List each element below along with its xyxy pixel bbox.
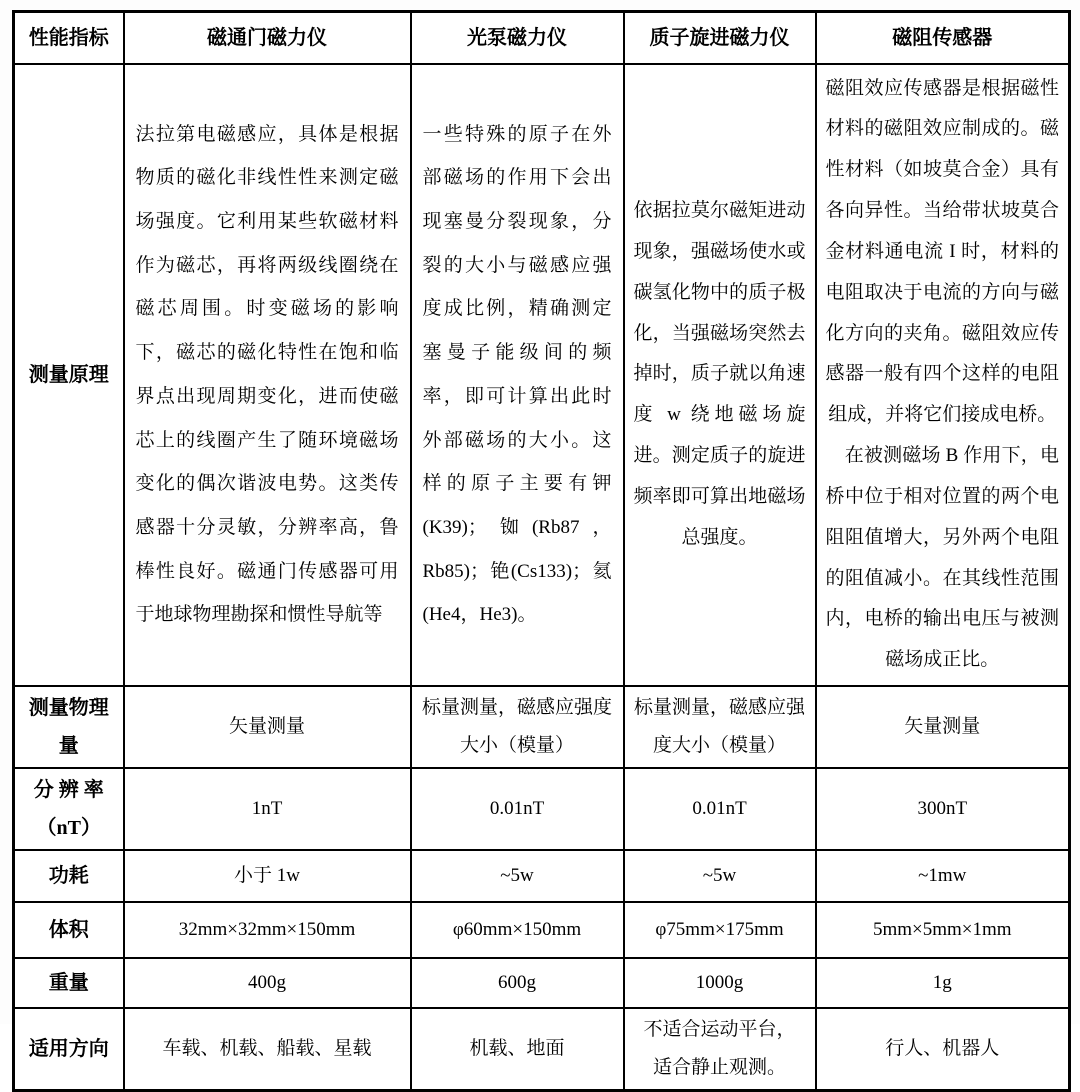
cell-principle-optical: 一些特殊的原子在外部磁场的作用下会出现塞曼分裂现象，分裂的大小与磁感应强度成比例…: [411, 64, 624, 687]
cell-weight-fluxgate: 400g: [124, 958, 411, 1008]
cell-quantity-fluxgate: 矢量测量: [124, 686, 411, 768]
row-label-measured-quantity: 测量物理 量: [14, 686, 124, 768]
sensor-comparison-table: 性能指标 磁通门磁力仪 光泵磁力仪 质子旋进磁力仪 磁阻传感器 测量原理 法拉第…: [12, 10, 1071, 1092]
cell-application-proton: 不适合运动平台， 适合静止观测。: [624, 1008, 816, 1091]
row-resolution: 分 辨 率 （nT） 1nT 0.01nT 0.01nT 300nT: [14, 768, 1070, 850]
cell-application-optical: 机载、地面: [411, 1008, 624, 1091]
row-volume: 体积 32mm×32mm×150mm φ60mm×150mm φ75mm×175…: [14, 902, 1070, 958]
cell-volume-magnetoresistive: 5mm×5mm×1mm: [816, 902, 1070, 958]
cell-resolution-magnetoresistive: 300nT: [816, 768, 1070, 850]
header-magnetoresistive-sensor: 磁阻传感器: [816, 12, 1070, 64]
cell-weight-proton: 1000g: [624, 958, 816, 1008]
cell-power-fluxgate: 小于 1w: [124, 850, 411, 902]
row-applicable-direction: 适用方向 车载、机载、船载、星载 机载、地面 不适合运动平台， 适合静止观测。 …: [14, 1008, 1070, 1091]
row-label-applicable-direction: 适用方向: [14, 1008, 124, 1091]
cell-quantity-optical: 标量测量，磁感应强度大小（模量）: [411, 686, 624, 768]
cell-principle-magnetoresistive: 磁阻效应传感器是根据磁性材料的磁阻效应制成的。磁性材料（如坡莫合金）具有各向异性…: [816, 64, 1070, 687]
row-label-resolution: 分 辨 率 （nT）: [14, 768, 124, 850]
cell-application-fluxgate: 车载、机载、船载、星载: [124, 1008, 411, 1091]
cell-volume-proton: φ75mm×175mm: [624, 902, 816, 958]
row-weight: 重量 400g 600g 1000g 1g: [14, 958, 1070, 1008]
cell-volume-fluxgate: 32mm×32mm×150mm: [124, 902, 411, 958]
document-page: 性能指标 磁通门磁力仪 光泵磁力仪 质子旋进磁力仪 磁阻传感器 测量原理 法拉第…: [0, 0, 1080, 1024]
cell-weight-magnetoresistive: 1g: [816, 958, 1070, 1008]
cell-quantity-magnetoresistive: 矢量测量: [816, 686, 1070, 768]
header-optically-pumped-magnetometer: 光泵磁力仪: [411, 12, 624, 64]
cell-principle-proton: 依据拉莫尔磁矩进动现象，强磁场使水或碳氢化物中的质子极化，当强磁场突然去掉时，质…: [624, 64, 816, 687]
cell-quantity-proton: 标量测量，磁感应强度大小（模量）: [624, 686, 816, 768]
row-measured-quantity: 测量物理 量 矢量测量 标量测量，磁感应强度大小（模量） 标量测量，磁感应强度大…: [14, 686, 1070, 768]
cell-principle-fluxgate: 法拉第电磁感应，具体是根据物质的磁化非线性性来测定磁场强度。它利用某些软磁材料作…: [124, 64, 411, 687]
cell-power-proton: ~5w: [624, 850, 816, 902]
row-label-volume: 体积: [14, 902, 124, 958]
cell-application-magnetoresistive: 行人、机器人: [816, 1008, 1070, 1091]
cell-resolution-optical: 0.01nT: [411, 768, 624, 850]
header-row: 性能指标 磁通门磁力仪 光泵磁力仪 质子旋进磁力仪 磁阻传感器: [14, 12, 1070, 64]
header-performance-indicator: 性能指标: [14, 12, 124, 64]
cell-resolution-fluxgate: 1nT: [124, 768, 411, 850]
cell-power-optical: ~5w: [411, 850, 624, 902]
cell-weight-optical: 600g: [411, 958, 624, 1008]
header-fluxgate-magnetometer: 磁通门磁力仪: [124, 12, 411, 64]
row-label-power-consumption: 功耗: [14, 850, 124, 902]
row-power-consumption: 功耗 小于 1w ~5w ~5w ~1mw: [14, 850, 1070, 902]
row-label-measurement-principle: 测量原理: [14, 64, 124, 687]
header-proton-precession-magnetometer: 质子旋进磁力仪: [624, 12, 816, 64]
row-measurement-principle: 测量原理 法拉第电磁感应，具体是根据物质的磁化非线性性来测定磁场强度。它利用某些…: [14, 64, 1070, 687]
cell-resolution-proton: 0.01nT: [624, 768, 816, 850]
cell-volume-optical: φ60mm×150mm: [411, 902, 624, 958]
cell-power-magnetoresistive: ~1mw: [816, 850, 1070, 902]
row-label-weight: 重量: [14, 958, 124, 1008]
